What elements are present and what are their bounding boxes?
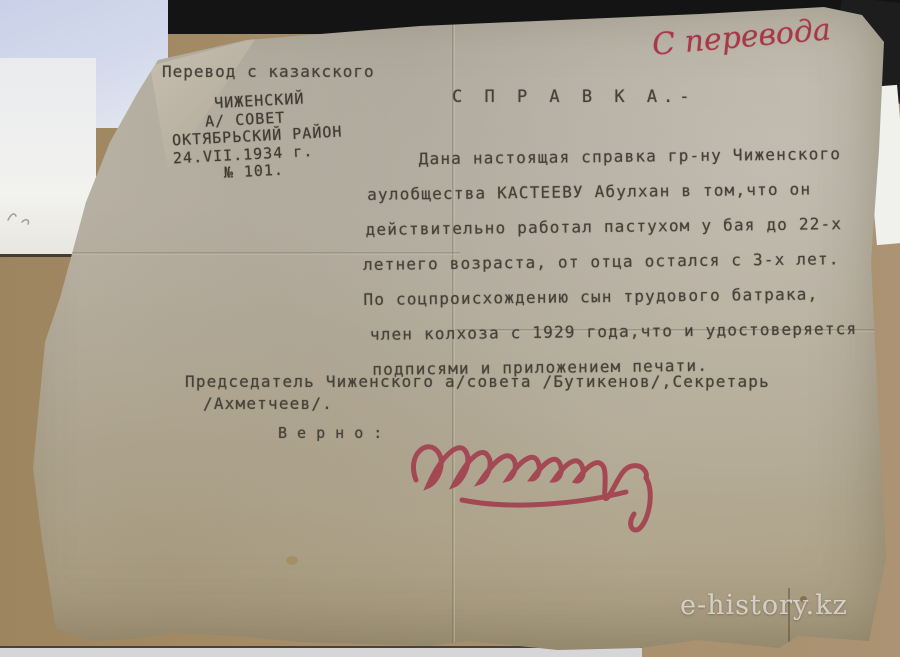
watermark-text: e-history.kz <box>680 590 848 621</box>
body-line: По соцпроисхождению сын трудового батрак… <box>363 276 857 317</box>
body-line: летнего возраста, от отца остался с 3-х … <box>363 241 857 282</box>
certificate-paper: Перевод с казакского ЧИЖЕНСКИЙ А/ СОВЕТ … <box>0 0 900 657</box>
red-signature <box>402 402 682 542</box>
stain-spot <box>286 556 298 565</box>
handwritten-note-red: С перевода <box>651 12 832 62</box>
body-line: аулобщества КАСТЕЕВУ Абулхан в том,что о… <box>367 171 856 212</box>
pencil-marks <box>2 200 44 228</box>
translation-note: Перевод с казакского <box>162 62 375 81</box>
aul-soviet-stamp: ЧИЖЕНСКИЙ А/ СОВЕТ ОКТЯБРЬСКИЙ РАЙОН 24.… <box>168 89 345 185</box>
document-title: С П Р А В К А.- <box>452 87 696 107</box>
body-line: Дана настоящая справка гр-ну Чиженского <box>419 136 856 176</box>
body-line: член колхоза с 1929 года,что и удостовер… <box>370 311 858 352</box>
certificate-body: Дана настоящая справка гр-ну Чиженского … <box>361 136 858 387</box>
signoff-secretary-name: /Ахметчеев/. <box>203 394 333 413</box>
body-line: действительно работал пастухом у бая до … <box>365 206 856 247</box>
certified-label: В е р н о : <box>278 424 383 442</box>
document-photo: Перевод с казакского ЧИЖЕНСКИЙ А/ СОВЕТ … <box>0 0 900 657</box>
stamp-line-number: № 101. <box>223 158 344 182</box>
signoff-chairman-secretary: Председатель Чиженского а/совета /Бутике… <box>185 372 770 391</box>
